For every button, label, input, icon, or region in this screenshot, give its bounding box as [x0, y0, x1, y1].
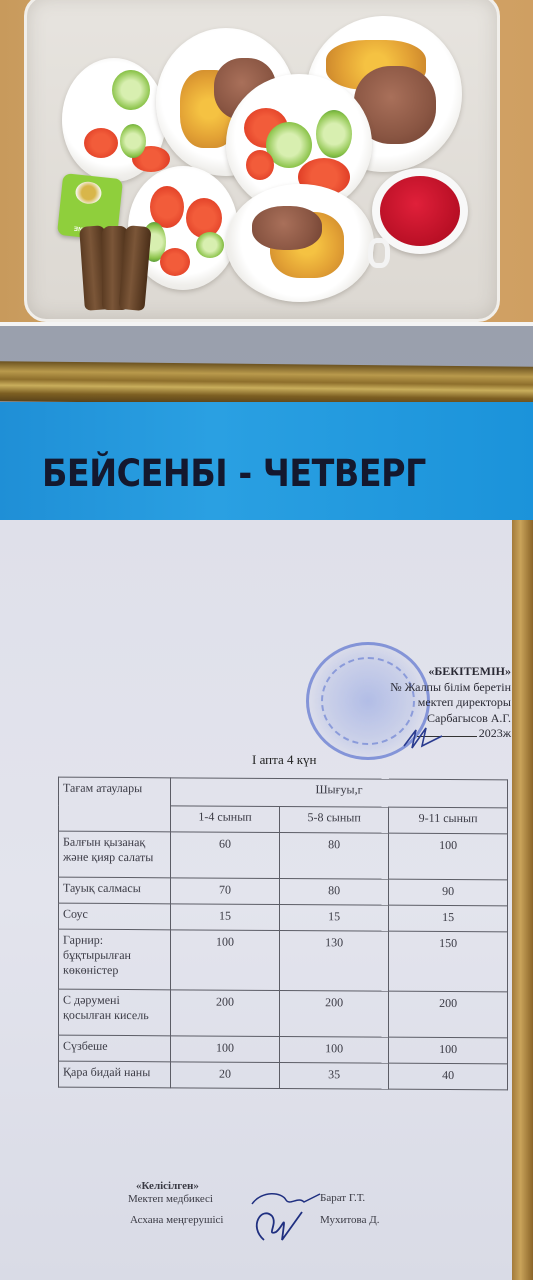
table-row: Соус151515 [59, 903, 508, 932]
dish-name: Балғын қызанақ және қияр салаты [59, 831, 171, 878]
portion-grams: 150 [389, 931, 508, 992]
header-output: Шығуы,г [171, 778, 508, 808]
header-grade-1-4: 1-4 сынып [171, 806, 280, 833]
cucumber-slice [196, 232, 224, 258]
meat-patty [252, 206, 322, 250]
dish-name: Тауық салмасы [59, 877, 171, 904]
dish-name: Соус [59, 903, 171, 930]
portion-grams: 20 [171, 1062, 280, 1089]
tomato-slice [160, 248, 190, 276]
menu-table: Тағам атаулары Шығуы,г 1-4 сынып 5-8 сын… [58, 777, 508, 1091]
portion-grams: 60 [171, 832, 280, 879]
dish-name: Қара бидай наны [59, 1061, 171, 1088]
portion-grams: 100 [280, 1036, 389, 1063]
portion-grams: 200 [171, 990, 280, 1037]
portion-grams: 40 [389, 1063, 508, 1090]
cucumber-slice [316, 110, 352, 158]
portion-grams: 200 [280, 990, 389, 1037]
tomato-slice [84, 128, 118, 158]
dish-name: С дәрумені қосылған кисель [59, 989, 171, 1036]
rye-bread [82, 226, 152, 310]
day-title: БЕЙСЕНБІ - ЧЕТВЕРГ [42, 452, 426, 495]
portion-grams: 200 [389, 991, 508, 1038]
kissel-drink [380, 176, 460, 246]
approval-line: мектеп директоры [390, 695, 511, 711]
agreed-block: «Келісілген» Мектеп медбикесі [128, 1180, 213, 1206]
table-row: Гарнир: бұқтырылған көкөністер100130150 [59, 929, 508, 992]
header-grade-5-8: 5-8 сынып [280, 806, 389, 833]
gold-frame-top [0, 361, 533, 407]
table-row: Сүзбеше100100100 [59, 1035, 508, 1064]
portion-grams: 15 [171, 904, 280, 931]
canteen-head-name: Мухитова Д. [320, 1214, 380, 1226]
signature-icon [242, 1186, 322, 1244]
dish-name: Гарнир: бұқтырылған көкөністер [59, 929, 171, 990]
approval-title: «БЕКІТЕМІН» [390, 664, 511, 680]
header-dish-name: Тағам атаулары [59, 777, 171, 832]
table-row: Балғын қызанақ және қияр салаты6080100 [59, 831, 508, 880]
portion-grams: 15 [389, 905, 508, 932]
tomato-slice [246, 150, 274, 180]
cucumber-slice [112, 70, 150, 110]
portion-grams: 90 [389, 879, 508, 906]
portion-grams: 100 [389, 1037, 508, 1064]
portion-grams: 80 [280, 832, 389, 879]
nurse-role: Мектеп медбикесі [128, 1193, 213, 1206]
portion-grams: 15 [280, 904, 389, 931]
table-row: С дәрумені қосылған кисель200200200 [59, 989, 508, 1038]
portion-grams: 100 [171, 930, 280, 991]
approval-line: № Жалпы білім беретін [390, 680, 511, 696]
table-row: Тауық салмасы708090 [59, 877, 508, 906]
portion-grams: 130 [280, 930, 389, 991]
nurse-name: Барат Г.Т. [320, 1192, 365, 1204]
portion-grams: 100 [389, 833, 508, 880]
portion-grams: 35 [280, 1062, 389, 1089]
director-signature-icon [402, 722, 446, 752]
gold-frame-right [512, 520, 533, 1280]
cucumber-slice [120, 124, 146, 158]
cup-handle [368, 238, 390, 268]
dish-name: Сүзбеше [59, 1035, 171, 1062]
portion-grams: 100 [171, 1036, 280, 1063]
portion-grams: 70 [171, 878, 280, 905]
yogurt-label-image [74, 180, 102, 205]
table-row: Қара бидай наны203540 [59, 1061, 508, 1090]
agreed-title: «Келісілген» [128, 1180, 213, 1193]
week-day-label: І апта 4 күн [252, 752, 317, 768]
lunch-tray-photo: DANONE [0, 0, 533, 322]
canteen-head-role: Асхана меңгерушісі [130, 1214, 223, 1226]
header-grade-9-11: 9-11 сынып [389, 807, 508, 834]
portion-grams: 80 [280, 878, 389, 905]
